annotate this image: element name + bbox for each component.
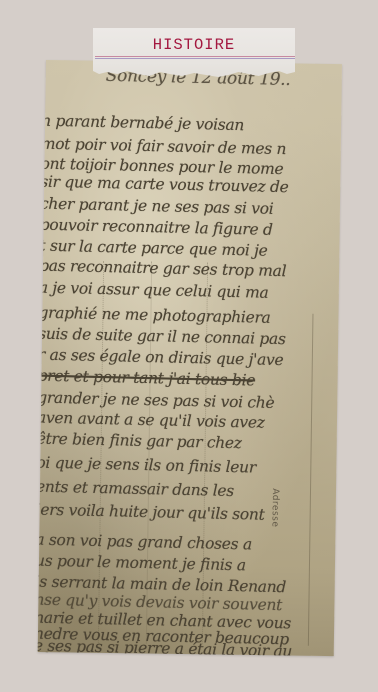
label-red-rule [95,56,295,57]
letter-line: ents et ramassair dans les [38,478,342,503]
label-blue-rule [95,58,295,59]
letter-line: iers voila huite jour qu'ils sont [38,501,342,526]
letter-line: a je voi assur que celui qui ma [39,279,342,304]
letter-line-struck: pret et pour tant j'ai tous bie [38,367,342,392]
section-title: HISTOIRE [93,36,295,54]
postcard-letter: Adresse Soncey le 12 août 19.. n parant … [38,60,342,656]
handwritten-letter: Soncey le 12 août 19.. n parant bernabé … [38,60,342,656]
letter-line: être bien finis gar par chez [38,430,342,455]
letter-line: oi que je sens ils on finis leur [38,454,342,479]
torn-paper-label: HISTOIRE [93,28,295,78]
letter-line: n parant bernabé je voisan [41,112,342,137]
